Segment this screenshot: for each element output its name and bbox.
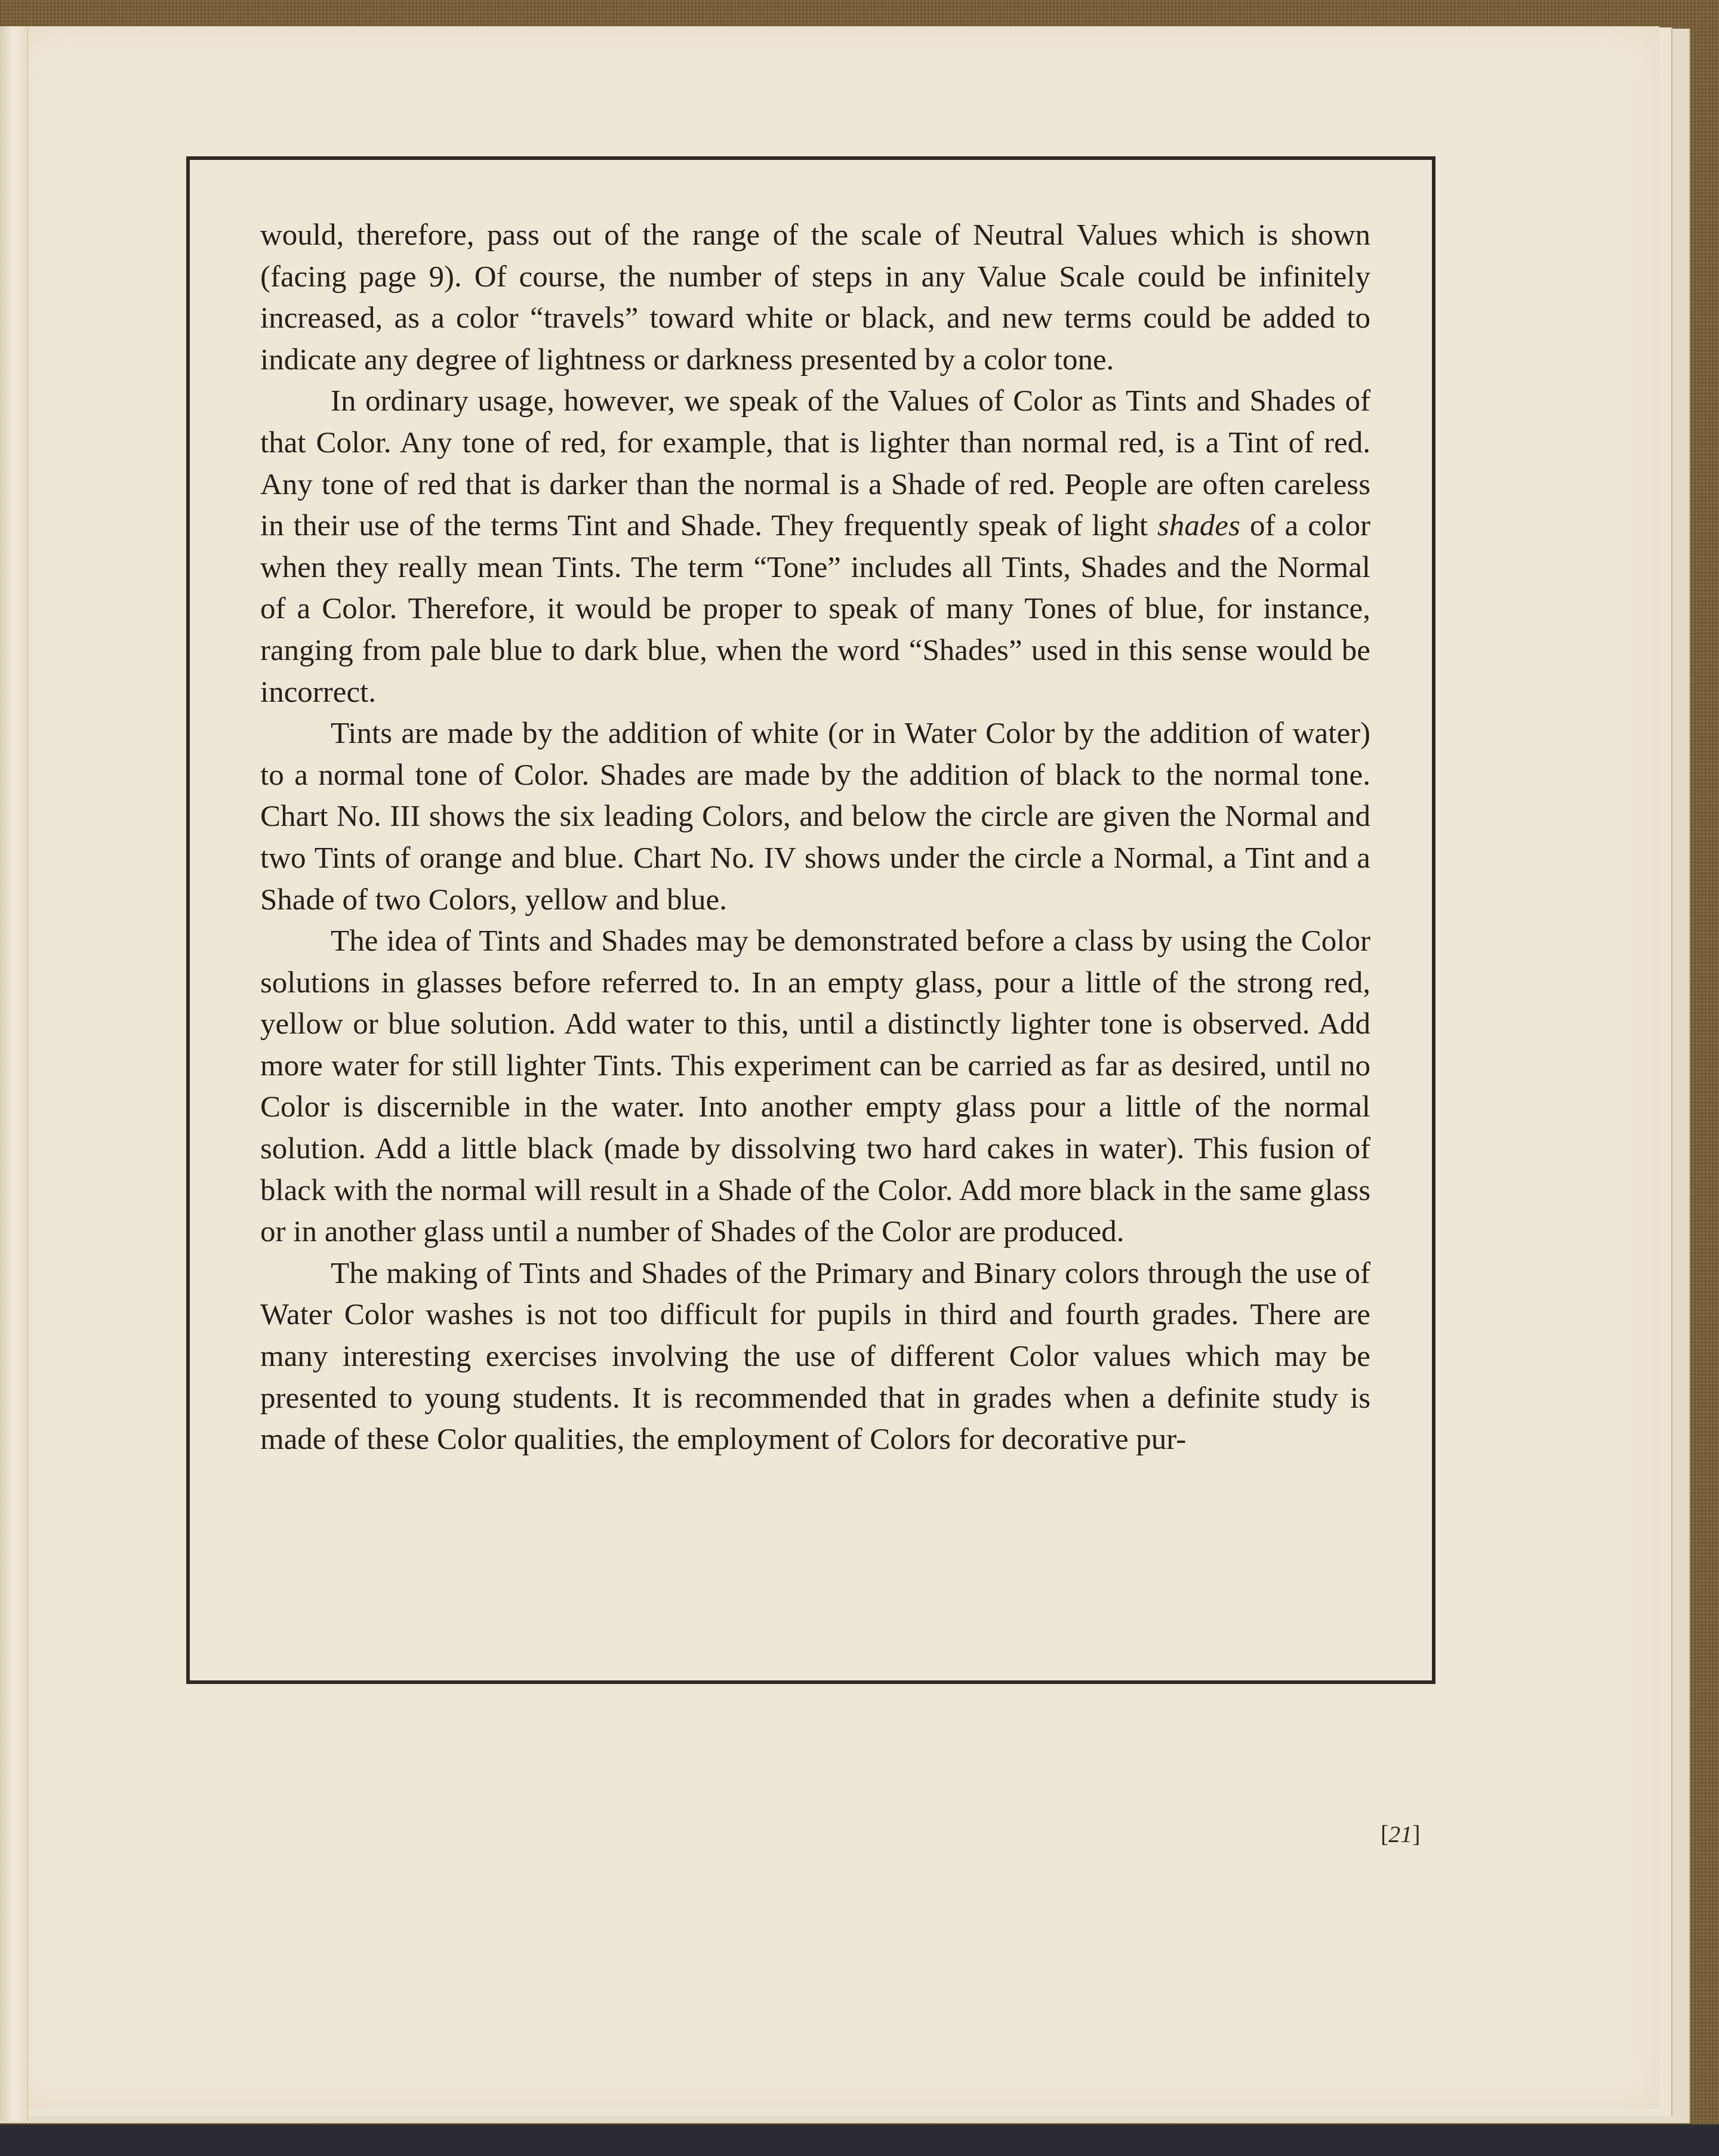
page-number: [21] (1381, 1820, 1421, 1848)
binding-gutter (0, 26, 28, 2121)
body-text: would, therefore, pass out of the range … (260, 215, 1370, 1461)
paragraph-2: In ordinary usage, however, we speak of … (260, 381, 1370, 713)
paragraph-3: Tints are made by the addition of white … (260, 713, 1370, 921)
paragraph-4: The idea of Tints and Shades may be demo… (260, 921, 1370, 1253)
emphasis-shades: shades (1157, 509, 1240, 542)
paragraph-5: The making of Tints and Shades of the Pr… (260, 1253, 1370, 1461)
book-cover-edge (0, 2124, 1719, 2156)
page-number-value: 21 (1388, 1821, 1412, 1847)
paragraph-1: would, therefore, pass out of the range … (260, 215, 1370, 381)
